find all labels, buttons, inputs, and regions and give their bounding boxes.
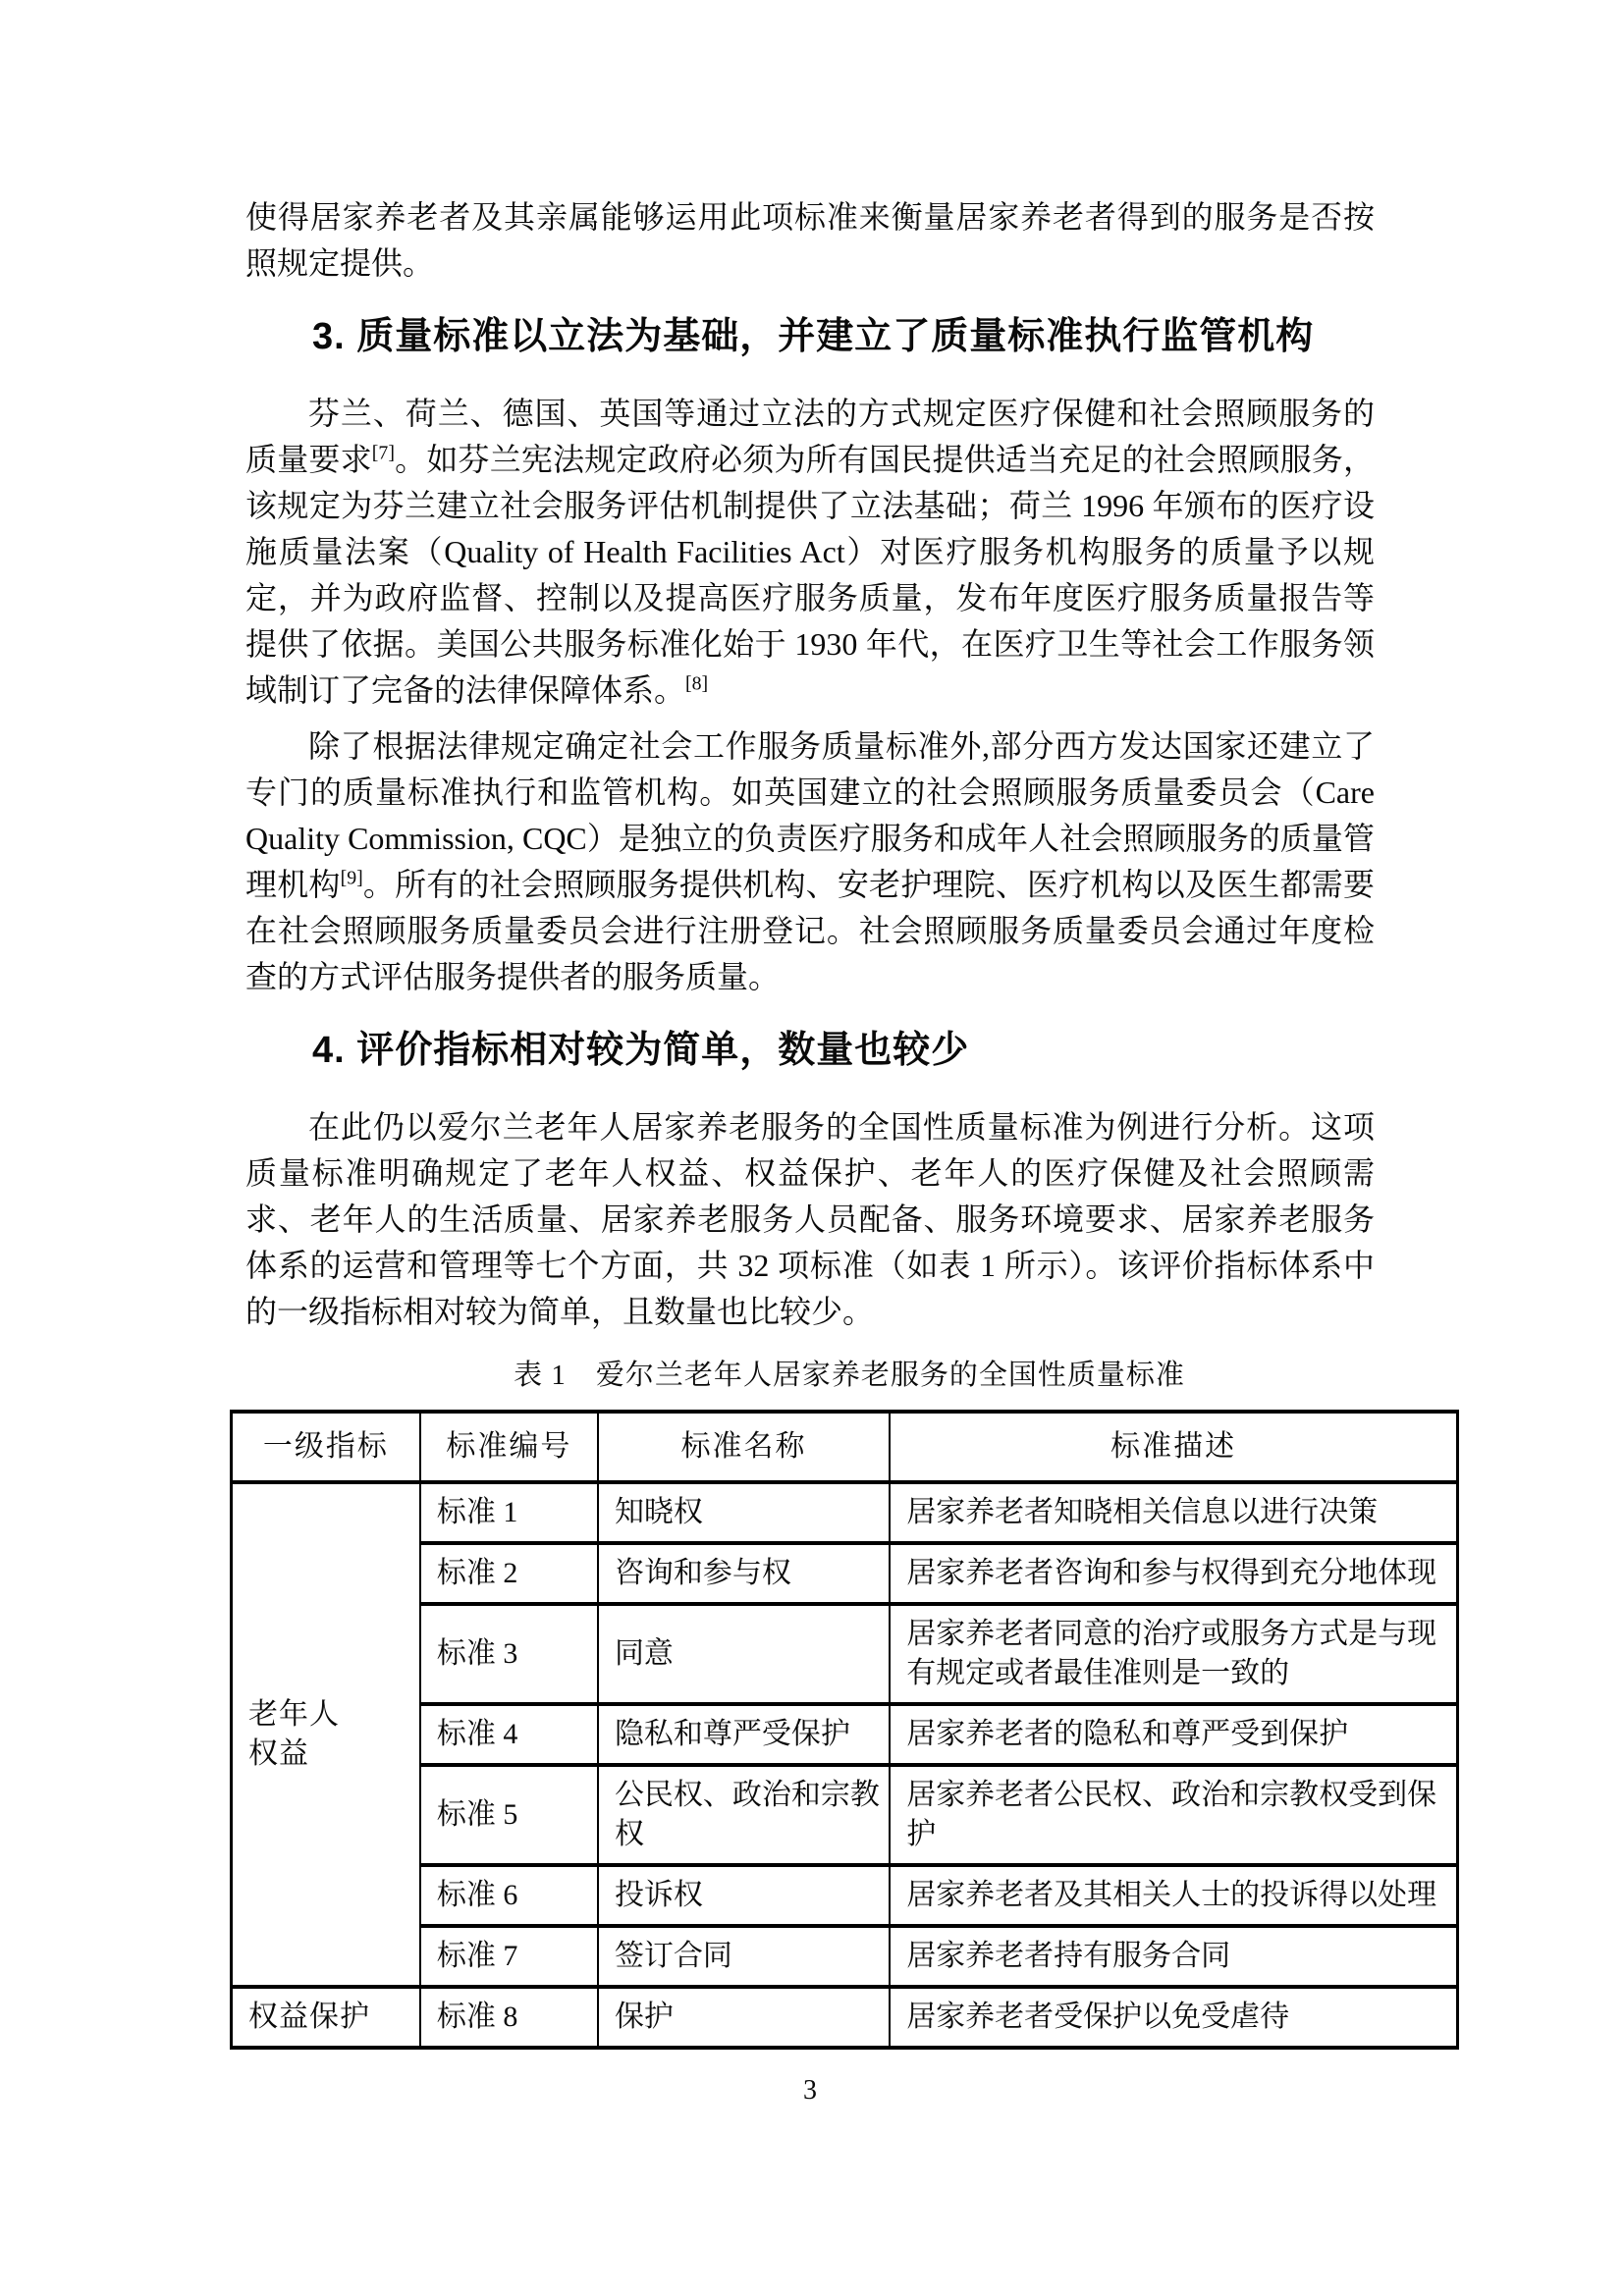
column-header-standard-description: 标准描述 bbox=[890, 1412, 1457, 1482]
column-header-level1-indicator: 一级指标 bbox=[232, 1412, 420, 1482]
standard-number-cell: 标准 1 bbox=[420, 1482, 598, 1543]
section3-paragraph-1: 芬兰、荷兰、德国、英国等通过立法的方式规定医疗保健和社会照顾服务的质量要求[7]… bbox=[245, 391, 1375, 714]
footnote-ref-9: [9] bbox=[341, 867, 363, 888]
standard-name-cell: 隐私和尊严受保护 bbox=[598, 1704, 890, 1765]
standard-desc-cell: 居家养老者及其相关人士的投诉得以处理 bbox=[890, 1865, 1457, 1926]
section3-heading: 3. 质量标准以立法为基础，并建立了质量标准执行监管机构 bbox=[312, 310, 1375, 363]
standard-desc-cell: 居家养老者受保护以免受虐待 bbox=[890, 1987, 1457, 2048]
standard-name-cell: 保护 bbox=[598, 1987, 890, 2048]
standard-name-cell: 公民权、政治和宗教权 bbox=[598, 1765, 890, 1865]
column-header-standard-number: 标准编号 bbox=[420, 1412, 598, 1482]
standard-number-cell: 标准 8 bbox=[420, 1987, 598, 2048]
section4-paragraph-1: 在此仍以爱尔兰老年人居家养老服务的全国性质量标准为例进行分析。这项质量标准明确规… bbox=[245, 1104, 1375, 1335]
standard-name-cell: 签订合同 bbox=[598, 1926, 890, 1987]
standard-desc-cell: 居家养老者公民权、政治和宗教权受到保护 bbox=[890, 1765, 1457, 1865]
standard-name-cell: 知晓权 bbox=[598, 1482, 890, 1543]
footnote-ref-8: [8] bbox=[685, 672, 708, 694]
page-number: 3 bbox=[245, 2067, 1375, 2113]
standard-desc-cell: 居家养老者咨询和参与权得到充分地体现 bbox=[890, 1543, 1457, 1604]
standard-number-cell: 标准 4 bbox=[420, 1704, 598, 1765]
table-row: 权益保护 标准 8 保护 居家养老者受保护以免受虐待 bbox=[232, 1987, 1458, 2048]
standard-desc-cell: 居家养老者持有服务合同 bbox=[890, 1926, 1457, 1987]
table-title: 表 1 爱尔兰老年人居家养老服务的全国性质量标准 bbox=[324, 1355, 1375, 1396]
paragraph-intro: 使得居家养老者及其亲属能够运用此项标准来衡量居家养老者得到的服务是否按照规定提供… bbox=[245, 194, 1375, 287]
document-page: 使得居家养老者及其亲属能够运用此项标准来衡量居家养老者得到的服务是否按照规定提供… bbox=[0, 0, 1624, 2296]
table-row: 老年人 权益 标准 1 知晓权 居家养老者知晓相关信息以进行决策 bbox=[232, 1482, 1458, 1543]
page-content: 使得居家养老者及其亲属能够运用此项标准来衡量居家养老者得到的服务是否按照规定提供… bbox=[0, 0, 1624, 2113]
standard-number-cell: 标准 3 bbox=[420, 1604, 598, 1704]
footnote-ref-7: [7] bbox=[372, 442, 395, 463]
standard-desc-cell: 居家养老者同意的治疗或服务方式是与现有规定或者最佳准则是一致的 bbox=[890, 1604, 1457, 1704]
table-header-row: 一级指标 标准编号 标准名称 标准描述 bbox=[232, 1412, 1458, 1482]
standard-number-cell: 标准 7 bbox=[420, 1926, 598, 1987]
section3-paragraph-2: 除了根据法律规定确定社会工作服务质量标准外,部分西方发达国家还建立了专门的质量标… bbox=[245, 723, 1375, 1000]
section3-paragraph-2-text-b: 。所有的社会照顾服务提供机构、安老护理院、医疗机构以及医生都需要在社会照顾服务质… bbox=[245, 867, 1375, 994]
section4-heading: 4. 评价指标相对较为简单，数量也较少 bbox=[312, 1024, 1375, 1077]
standard-number-cell: 标准 6 bbox=[420, 1865, 598, 1926]
category-cell: 老年人 权益 bbox=[232, 1482, 420, 1987]
standard-name-cell: 同意 bbox=[598, 1604, 890, 1704]
standard-name-cell: 投诉权 bbox=[598, 1865, 890, 1926]
standard-number-cell: 标准 5 bbox=[420, 1765, 598, 1865]
category-cell: 权益保护 bbox=[232, 1987, 420, 2048]
standard-number-cell: 标准 2 bbox=[420, 1543, 598, 1604]
standard-desc-cell: 居家养老者的隐私和尊严受到保护 bbox=[890, 1704, 1457, 1765]
section3-paragraph-1-text-b: 。如芬兰宪法规定政府必须为所有国民提供适当充足的社会照顾服务，该规定为芬兰建立社… bbox=[245, 442, 1375, 708]
standard-desc-cell: 居家养老者知晓相关信息以进行决策 bbox=[890, 1482, 1457, 1543]
standard-name-cell: 咨询和参与权 bbox=[598, 1543, 890, 1604]
quality-standards-table: 一级指标 标准编号 标准名称 标准描述 老年人 权益 标准 1 知晓权 居家养老… bbox=[230, 1410, 1459, 2050]
column-header-standard-name: 标准名称 bbox=[598, 1412, 890, 1482]
